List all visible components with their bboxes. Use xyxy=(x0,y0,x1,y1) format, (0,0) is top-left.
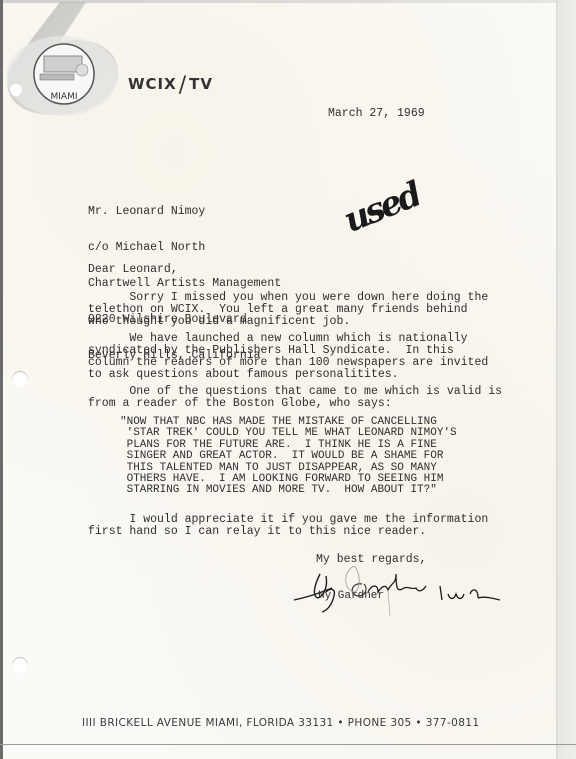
station-slash: / xyxy=(179,73,187,98)
closing: My best regards, xyxy=(316,554,426,566)
paragraph: Sorry I missed you when you were down he… xyxy=(88,292,488,328)
letter-page: MIAMI WCIX/TV March 27, 1969 Mr. Leonard… xyxy=(0,0,576,759)
signer-name: Hy Gardner xyxy=(318,590,384,602)
salutation: Dear Leonard, xyxy=(88,264,178,276)
page-fold-shadow xyxy=(556,0,576,759)
page-bottom-edge xyxy=(0,744,576,745)
recipient-line: Chartwell Artists Management xyxy=(88,278,281,290)
letter-date: March 27, 1969 xyxy=(328,108,425,120)
recipient-line: c/o Michael North xyxy=(88,242,281,254)
letterhead-footer-address: IIII BRICKELL AVENUE MIAMI, FLORIDA 3313… xyxy=(82,717,479,729)
station-wordmark: WCIX/TV xyxy=(128,70,213,95)
paragraph: We have launched a new column which is n… xyxy=(88,333,488,381)
punch-hole-icon xyxy=(12,371,28,387)
reader-quote: "NOW THAT NBC HAS MADE THE MISTAKE OF CA… xyxy=(120,417,457,497)
handwritten-used-mark: used xyxy=(338,175,425,241)
paragraph: I would appreciate it if you gave me the… xyxy=(88,514,488,538)
channel-6-logo: MIAMI xyxy=(0,0,130,118)
station-suffix: TV xyxy=(189,75,213,93)
logo-city-text: MIAMI xyxy=(51,92,78,102)
station-call-sign: WCIX xyxy=(128,75,177,93)
recipient-line: Mr. Leonard Nimoy xyxy=(88,206,281,218)
paragraph: One of the questions that came to me whi… xyxy=(88,386,502,410)
punch-hole-icon xyxy=(12,657,28,673)
